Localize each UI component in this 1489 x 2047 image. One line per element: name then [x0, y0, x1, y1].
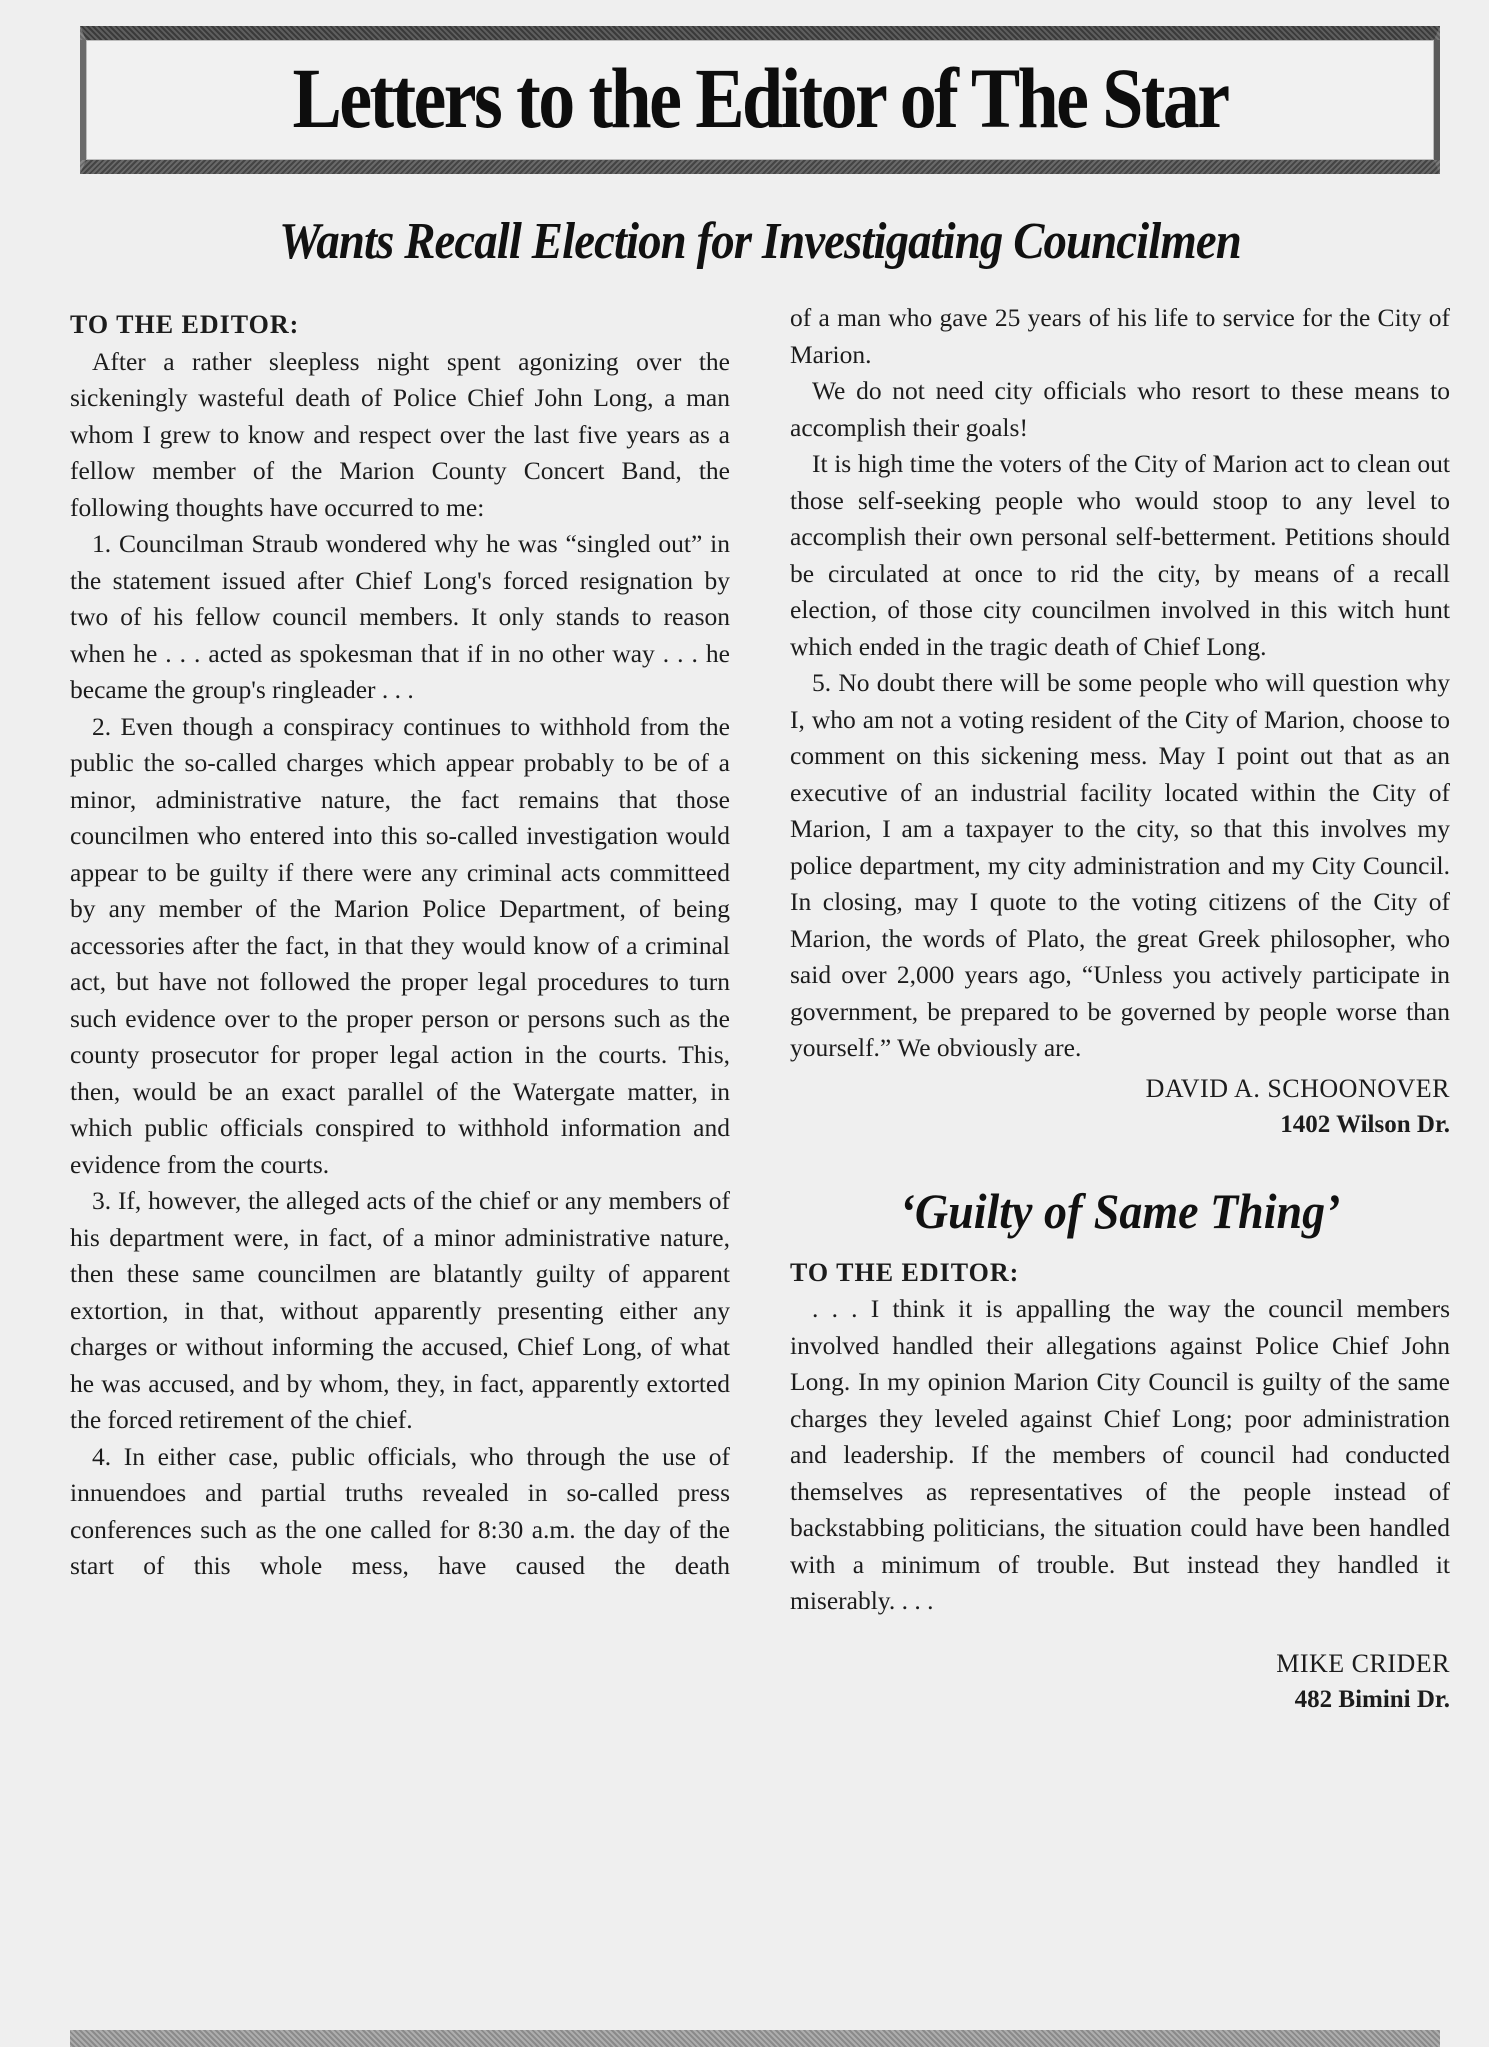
letter2-signer-name: MIKE CRIDER [790, 1646, 1450, 1682]
letter1-paragraph-recall: It is high time the voters of the City o… [790, 446, 1450, 665]
masthead-box: Letters to the Editor of The Star [80, 26, 1440, 174]
letter2-headline: ‘Guilty of Same Thing’ [816, 1181, 1423, 1241]
letter1-signer-name: DAVID A. SCHOONOVER [790, 1071, 1450, 1107]
letter2-salutation: TO THE EDITOR: [790, 1255, 1450, 1292]
letter2-paragraph: . . . I think it is appalling the way th… [790, 1291, 1450, 1620]
letter1-salutation: TO THE EDITOR: [70, 307, 730, 344]
letter1-paragraph-point-5: 5. No doubt there will be some people wh… [790, 665, 1450, 1067]
letter1-signature: DAVID A. SCHOONOVER 1402 Wilson Dr. [790, 1071, 1450, 1143]
letter1-paragraph-point-4: 4. In either case, public officials, who… [70, 1439, 730, 1585]
letter1-paragraph-point-3: 3. If, however, the alleged acts of the … [70, 1183, 730, 1439]
letter1-headline: Wants Recall Election for Investigating … [148, 212, 1372, 272]
letter1-paragraph-point-2: 2. Even though a conspiracy continues to… [70, 709, 730, 1184]
letter1-paragraph-point-1: 1. Councilman Straub wondered why he was… [70, 526, 730, 709]
letter2-signature: MIKE CRIDER 482 Bimini Dr. [790, 1646, 1450, 1718]
right-column: of a man who gave 25 years of his life t… [790, 300, 1450, 1718]
letter2-signer-address: 482 Bimini Dr. [790, 1682, 1450, 1718]
letter1-paragraph-intro: After a rather sleepless night spent ago… [70, 344, 730, 527]
bottom-rule-divider [70, 2030, 1440, 2047]
letter1-paragraph-point-4-continued: of a man who gave 25 years of his life t… [790, 300, 1450, 373]
masthead-title: Letters to the Editor of The Star [180, 48, 1339, 148]
letter1-paragraph-goals: We do not need city officials who resort… [790, 373, 1450, 446]
left-column: TO THE EDITOR: After a rather sleepless … [70, 307, 730, 1585]
letter1-signer-address: 1402 Wilson Dr. [790, 1107, 1450, 1143]
